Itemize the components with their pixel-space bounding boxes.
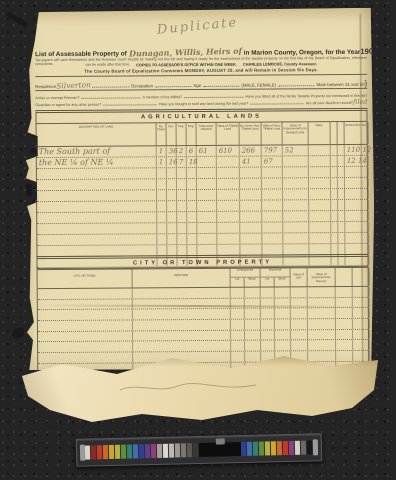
cell-improvements bbox=[283, 156, 309, 166]
black-reference-span bbox=[199, 442, 241, 457]
sub-block: Block bbox=[245, 278, 261, 287]
cell-value-nontillable: 67 bbox=[262, 156, 283, 166]
group-improved: Improved bbox=[261, 268, 291, 277]
cell-acres bbox=[197, 157, 217, 167]
col-sec: Sec. bbox=[167, 123, 177, 145]
cell-acres-nontillable: 266 bbox=[240, 146, 262, 156]
cell-blank bbox=[338, 145, 345, 155]
dotted-leader bbox=[93, 83, 129, 87]
question-guardian: Guardian or agent for any other person? bbox=[35, 103, 101, 107]
strip-end-cap bbox=[313, 439, 318, 455]
city-header-row: CITY OR TOWN ADDITION Unimproved Improve… bbox=[38, 268, 368, 289]
cell-value-tillable bbox=[217, 157, 240, 167]
cell-total: 12 14 bbox=[345, 156, 369, 166]
question-land-sale: Have you bought or sold any land during … bbox=[159, 102, 248, 107]
questions-line1: Active or exempt Fireman? A member of th… bbox=[35, 93, 367, 100]
col-value-nontillable: Value of Non-Tillable Land bbox=[262, 122, 283, 144]
agricultural-header-row: DESCRIPTION OF LAND No. Claim Sec. Twp. … bbox=[37, 122, 367, 147]
torn-edge-hole bbox=[11, 326, 27, 340]
color-chips-left bbox=[85, 444, 163, 460]
cell-value bbox=[309, 156, 331, 166]
assessor-name: CHARLES LEMBCKE, County Assessor. bbox=[243, 61, 317, 67]
cell-sec: 36 bbox=[167, 146, 177, 156]
col-acres-nontillable: No. Acres Non-Tillable Land bbox=[240, 123, 262, 145]
cell-claim: 1 bbox=[157, 157, 167, 167]
col-no-claim: No. Claim bbox=[157, 123, 167, 145]
col-blank-1 bbox=[336, 268, 353, 286]
pencil-scribble bbox=[118, 378, 258, 396]
question-family-property: Have you listed all of the family Taxabl… bbox=[245, 94, 367, 99]
question-militia: A member of the Militia? bbox=[143, 95, 183, 99]
assessment-form-paper: Duplicate List of Assessable Property of… bbox=[23, 8, 376, 370]
dotted-leader bbox=[250, 100, 304, 104]
question-fireman: Active or exempt Fireman? bbox=[35, 96, 79, 100]
sex-note: (MALE, FEMALE) bbox=[241, 82, 276, 87]
col-value-improvements: Value of Improvements thereon bbox=[308, 268, 336, 286]
cell-acres: 61 bbox=[197, 146, 217, 156]
col-addition: ADDITION bbox=[133, 269, 231, 288]
cell-blank bbox=[331, 156, 338, 166]
binder-mark bbox=[6, 11, 29, 28]
questions-line2: Guardian or agent for any other person? … bbox=[35, 100, 367, 108]
cell-improvements: 52 bbox=[283, 145, 309, 155]
dotted-leader bbox=[81, 94, 140, 98]
age-bracket-note: Male between 21 and 50 bbox=[316, 82, 364, 87]
sub-block: Block bbox=[275, 277, 291, 286]
cell-sec: 16 bbox=[167, 157, 177, 167]
question-deeds: Are all your deeds in record? bbox=[306, 101, 353, 105]
board-notice: The County Board of Equalization Convene… bbox=[35, 67, 367, 74]
cell-description: The South part of bbox=[37, 146, 157, 157]
col-school-dist: School Dist. No. bbox=[345, 122, 369, 144]
dotted-leader bbox=[278, 82, 314, 86]
col-total-acres: Total Acres Claimed bbox=[197, 123, 217, 145]
city-town-property-table: CITY OR TOWN PROPERTY CITY OR TOWN ADDIT… bbox=[36, 254, 369, 377]
group-unimproved: Unimproved bbox=[231, 269, 261, 278]
cell-value-nontillable: 797 bbox=[262, 145, 283, 155]
title-year: 1902 bbox=[360, 47, 377, 56]
cell-rng: 18 bbox=[187, 157, 197, 167]
col-value-lots: Value of Lots bbox=[291, 268, 308, 286]
punch-hole bbox=[30, 148, 36, 154]
form-content: Duplicate List of Assessable Property of… bbox=[35, 8, 367, 10]
divider-rule bbox=[35, 74, 367, 77]
copies-notice: COPIES TO ASSESSOR'S OFFICE WITHIN ONE W… bbox=[136, 62, 237, 68]
cell-claim: 1 bbox=[157, 146, 167, 156]
cell-blank bbox=[331, 145, 338, 155]
agricultural-lands-table: AGRICULTURAL LANDS DESCRIPTION OF LAND N… bbox=[35, 108, 368, 269]
col-improvements: Value of Improvements on Deeded Land bbox=[283, 122, 309, 144]
cell-rng: 6 bbox=[187, 146, 197, 156]
col-rng: Rng. bbox=[187, 123, 197, 145]
col-value-tillable: Value of Tillable Land bbox=[217, 123, 240, 145]
cell-twp: 2 bbox=[177, 146, 187, 156]
age-label: Age bbox=[193, 83, 201, 88]
cell-description: the NE ¼ of NE ¼ bbox=[37, 157, 157, 168]
col-city-or-town: CITY OR TOWN bbox=[38, 269, 133, 288]
color-calibration-strip bbox=[76, 433, 323, 467]
color-chips-right bbox=[241, 440, 313, 456]
strip-handle-tab bbox=[216, 438, 225, 444]
brace-glyph: } bbox=[365, 79, 368, 88]
dotted-leader bbox=[184, 94, 243, 98]
punch-hole-torn bbox=[25, 184, 33, 197]
col-value: Value bbox=[309, 122, 331, 144]
dotted-leader bbox=[203, 83, 239, 87]
cell-value-tillable: 610 bbox=[217, 146, 240, 156]
sub-lot: Lot bbox=[231, 278, 245, 287]
grayscale-chips bbox=[163, 443, 199, 458]
sub-lot: Lot bbox=[261, 277, 275, 286]
dotted-leader bbox=[155, 83, 191, 87]
cell-twp: 7 bbox=[177, 157, 187, 167]
duplicate-pencil-note: Duplicate bbox=[156, 15, 238, 38]
fine-print-continuation: can be made after that time. bbox=[85, 62, 130, 67]
occupation-label: Occupation bbox=[131, 83, 153, 88]
dotted-leader bbox=[103, 101, 157, 105]
col-twp: Twp. bbox=[177, 123, 187, 145]
col-description: DESCRIPTION OF LAND bbox=[37, 123, 157, 146]
cell-acres-nontillable: 41 bbox=[240, 157, 262, 167]
cell-blank bbox=[338, 156, 345, 166]
cell-total: 110 12 bbox=[345, 145, 369, 155]
residence-label: Residence bbox=[35, 84, 56, 89]
cell-value bbox=[309, 145, 331, 155]
